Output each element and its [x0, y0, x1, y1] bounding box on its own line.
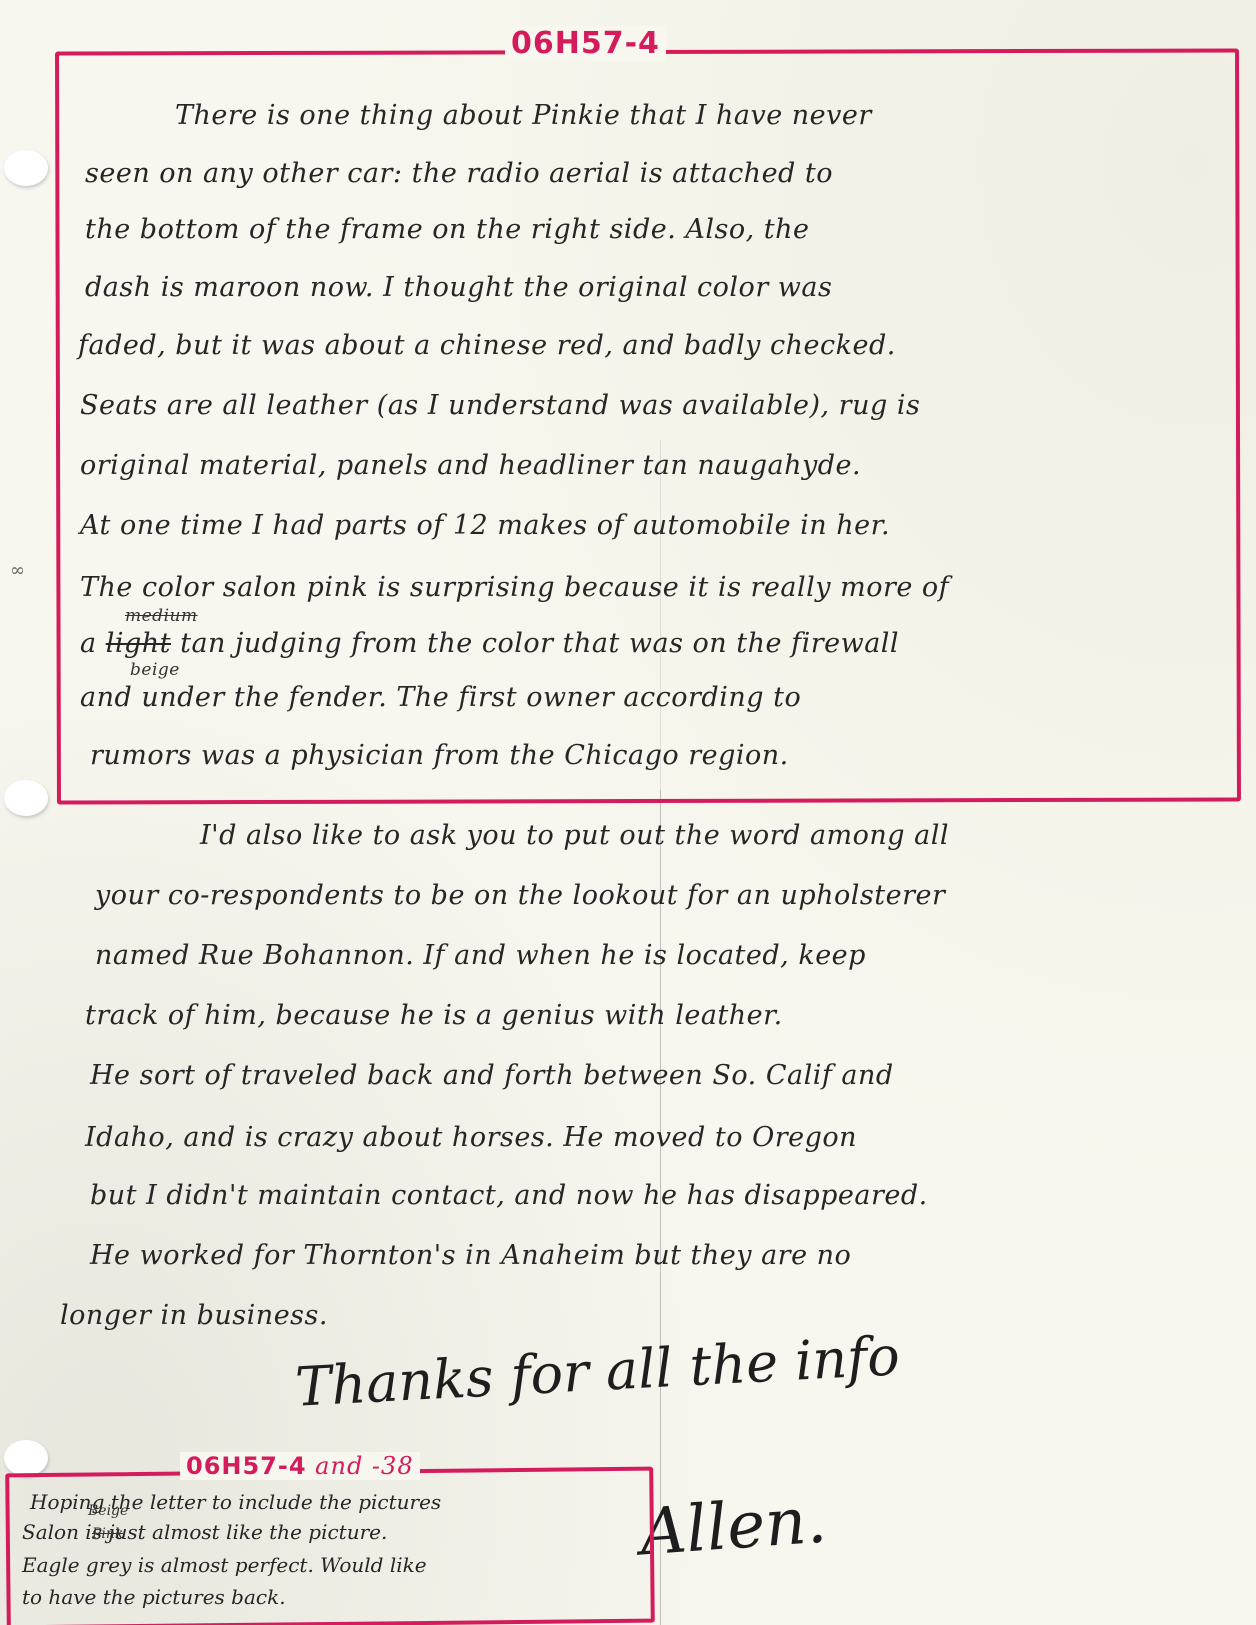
text-line: track of him, because he is a genius wit… — [85, 1000, 783, 1031]
text-line: Idaho, and is crazy about horses. He mov… — [85, 1122, 857, 1153]
text-line: longer in business. — [60, 1300, 328, 1331]
word: a — [80, 628, 97, 659]
punch-hole — [4, 1440, 48, 1476]
archive-note-stamp: 06H57-4 and -38 — [180, 1452, 420, 1480]
text-line: the bottom of the frame on the right sid… — [85, 214, 810, 245]
text-line: and under the fender. The first owner ac… — [80, 682, 801, 713]
archive-stamp-label: 06H57-4 — [505, 26, 666, 61]
margin-mark: ∞ — [10, 560, 25, 581]
text-line: seen on any other car: the radio aerial … — [85, 158, 833, 189]
text-line: named Rue Bohannon. If and when he is lo… — [95, 940, 866, 971]
note-struck-word: Pink — [92, 1526, 123, 1542]
note-line: Eagle grey is almost perfect. Would like — [22, 1553, 427, 1577]
text-line: original material, panels and headliner … — [80, 450, 861, 481]
text-line: The color salon pink is surprising becau… — [80, 572, 949, 603]
text-line: your co-respondents to be on the lookout… — [95, 880, 945, 911]
text-line: dash is maroon now. I thought the origin… — [85, 272, 832, 303]
text-line: There is one thing about Pinkie that I h… — [175, 100, 872, 131]
insertion: beige — [130, 660, 180, 680]
punch-hole — [4, 780, 48, 816]
text-line: At one time I had parts of 12 makes of a… — [80, 510, 890, 541]
signature: Allen. — [638, 1484, 829, 1571]
struck-insertion: medium — [125, 606, 198, 626]
text-line-with-correction: a light tan judging from the color that … — [80, 628, 899, 659]
note-line: to have the pictures back. — [22, 1585, 286, 1609]
note-line: Salon is just almost like the picture. — [22, 1520, 387, 1544]
text-line: Seats are all leather (as I understand w… — [80, 390, 920, 421]
text-line: faded, but it was about a chinese red, a… — [78, 330, 896, 361]
note-insertion: Beige — [88, 1503, 128, 1519]
text-line: I'd also like to ask you to put out the … — [200, 820, 949, 851]
struck-word: light — [106, 628, 171, 659]
text-line: He sort of traveled back and forth betwe… — [90, 1060, 894, 1091]
text-line: but I didn't maintain contact, and now h… — [90, 1180, 928, 1211]
punch-hole — [4, 150, 48, 186]
text-line: tan judging from the color that was on t… — [180, 628, 899, 659]
text-line: rumors was a physician from the Chicago … — [90, 740, 789, 771]
text-line: He worked for Thornton's in Anaheim but … — [90, 1240, 851, 1271]
